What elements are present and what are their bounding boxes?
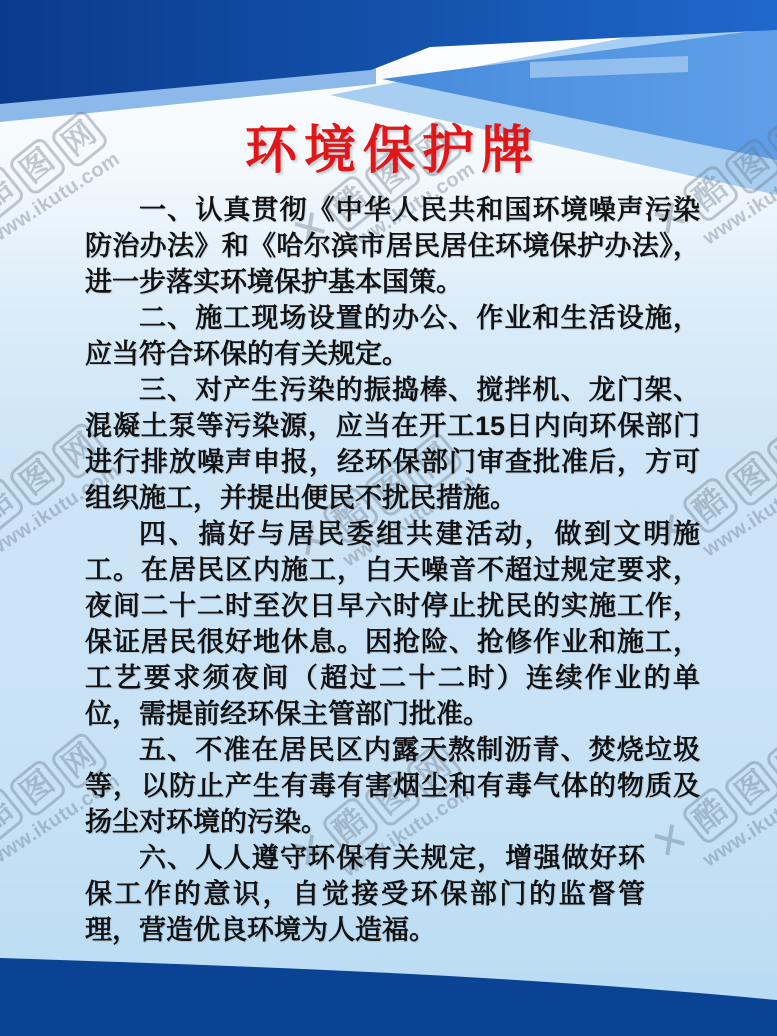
- regulation-paragraph-3: 三、对产生污染的振捣棒、搅拌机、龙门架、混凝土泵等污染源，应当在开工15日内向环…: [85, 372, 700, 516]
- regulation-paragraph-5: 五、不准在居民区内露天熬制沥青、焚烧垃圾等，以防止产生有毒有害烟尘和有毒气体的物…: [85, 732, 700, 840]
- regulation-paragraph-2: 二、施工现场设置的办公、作业和生活设施，应当符合环保的有关规定。: [85, 300, 700, 372]
- regulation-paragraph-6: 六、人人遵守环保有关规定，增强做好环保工作的意识，自觉接受环保部门的监督管理，营…: [85, 840, 645, 948]
- environmental-protection-sign: ✕ 酷 图 网 www.ikutu.com ✕ 酷 图 网 www.ikutu.…: [0, 0, 777, 1036]
- footer-wave-graphic: [0, 944, 777, 1036]
- regulation-paragraph-4: 四、搞好与居民委组共建活动，做到文明施工。在居民区内施工，白天噪音不超过规定要求…: [85, 516, 700, 732]
- regulation-paragraph-1: 一、认真贯彻《中华人民共和国环境噪声污染防治办法》和《哈尔滨市居民居住环境保护办…: [85, 192, 700, 300]
- poster-content: 环境保护牌 一、认真贯彻《中华人民共和国环境噪声污染防治办法》和《哈尔滨市居民居…: [0, 0, 777, 948]
- regulations-list: 一、认真贯彻《中华人民共和国环境噪声污染防治办法》和《哈尔滨市居民居住环境保护办…: [85, 192, 700, 948]
- poster-title: 环境保护牌: [85, 122, 700, 180]
